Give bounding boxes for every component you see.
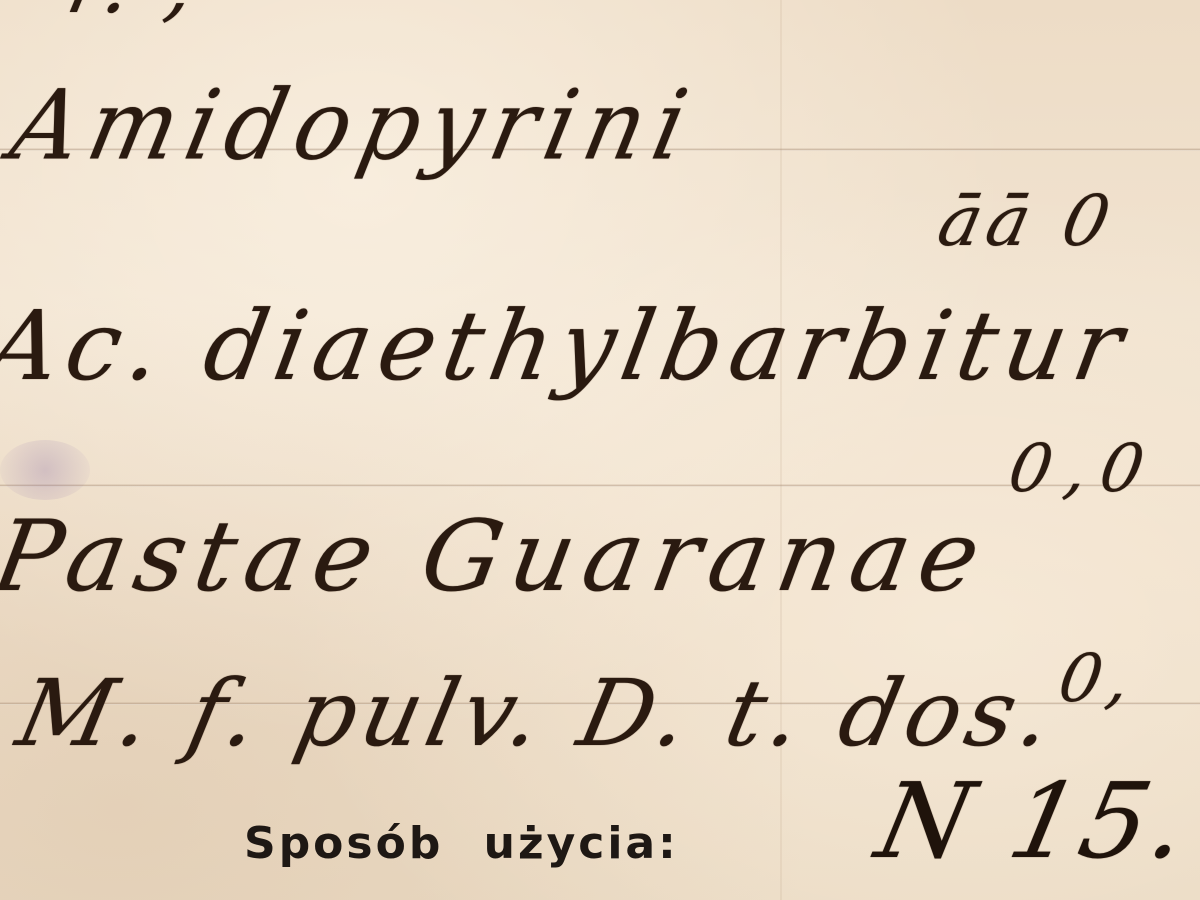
prescription-line-instructions: M. f. pulv. D. t. dos. <box>9 660 1068 767</box>
prescription-quantity-1: āā 0 <box>931 180 1123 262</box>
prescription-line-barbitur: Ac. diaethylbarbitur <box>0 290 1139 402</box>
top-text-fragment: r. , <box>60 0 210 31</box>
prescription-quantity-2: 0,0 <box>1003 430 1164 507</box>
ink-stain <box>0 440 90 500</box>
printed-usage-label: Sposób użycia: <box>244 818 679 869</box>
prescription-line-amidopyrini: Amidopyrini <box>2 69 706 181</box>
prescription-dose-count: N 15. <box>867 760 1200 882</box>
prescription-line-guaranae: Pastae Guaranae <box>0 500 998 614</box>
prescription-quantity-3: 0, <box>1053 640 1142 717</box>
